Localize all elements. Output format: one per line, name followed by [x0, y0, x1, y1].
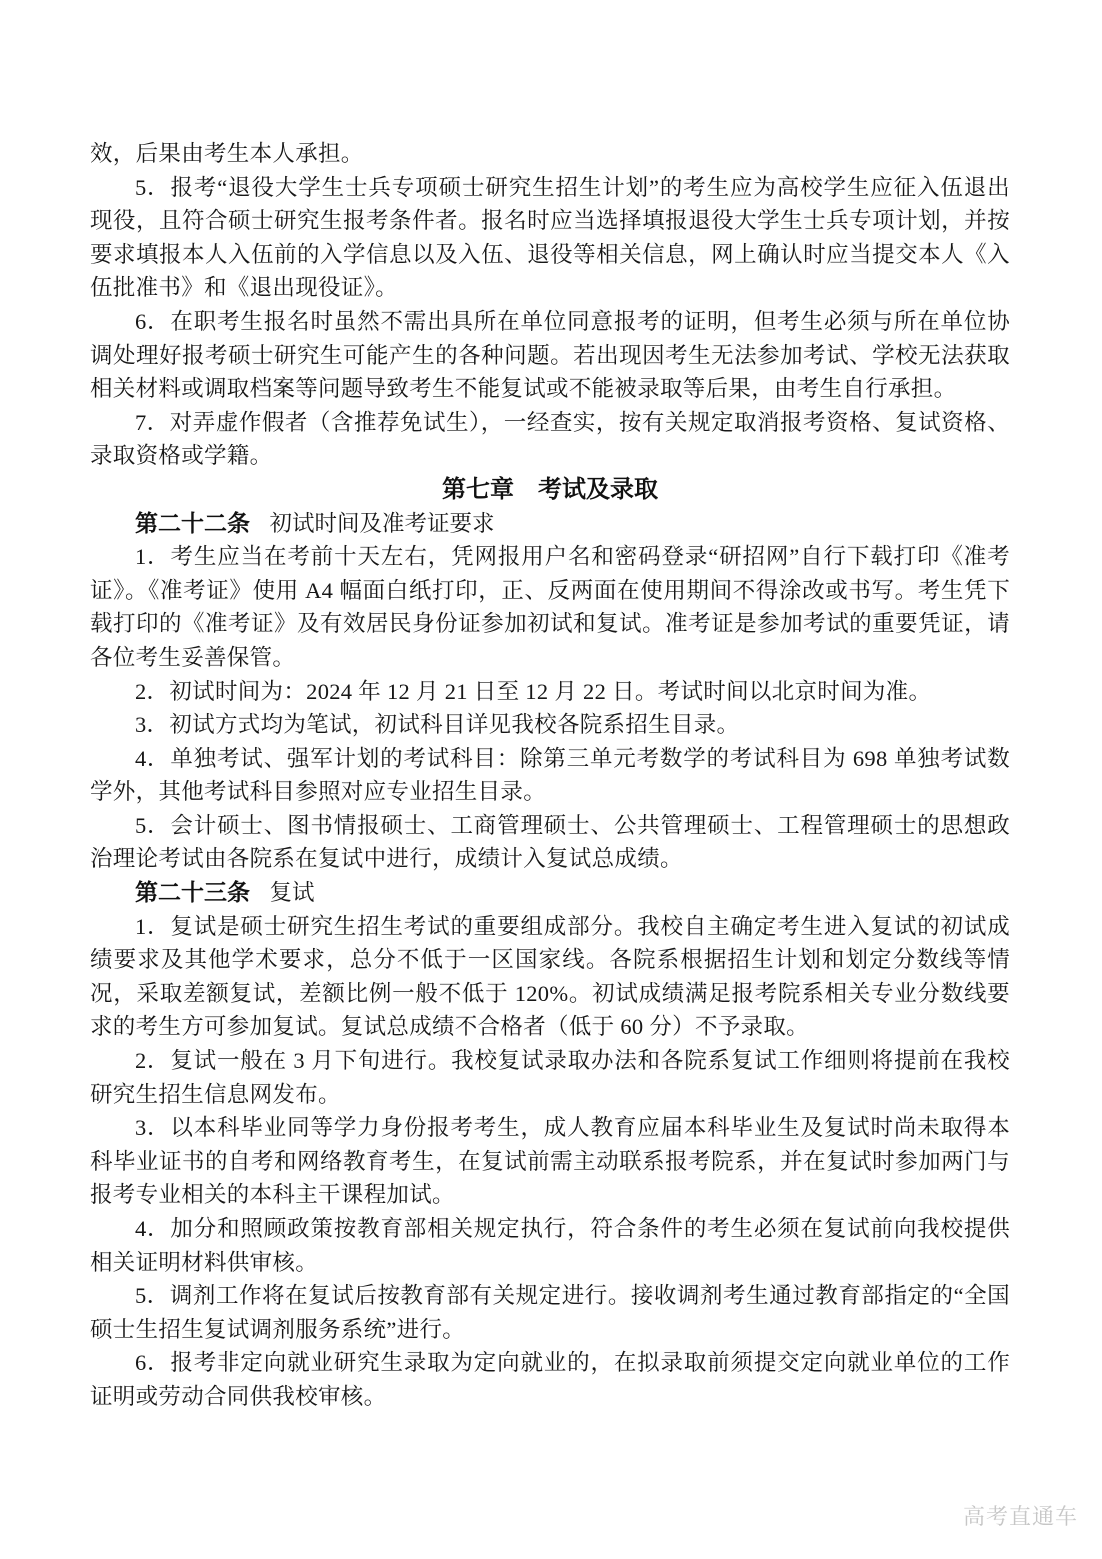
document-body: 效，后果由考生本人承担。 5．报考“退役大学生士兵专项硕士研究生招生计划”的考生…	[90, 137, 1010, 1414]
article-23-title: 复试	[270, 880, 315, 905]
article-23-heading: 第二十三条复试	[90, 876, 1010, 910]
article-23-item-2: 2．复试一般在 3 月下旬进行。我校复试录取办法和各院系复试工作细则将提前在我校…	[90, 1044, 1010, 1111]
article-22-item-2: 2．初试时间为：2024 年 12 月 21 日至 12 月 22 日。考试时间…	[90, 675, 1010, 709]
article-23-item-5: 5．调剂工作将在复试后按教育部有关规定进行。接收调剂考生通过教育部指定的“全国硕…	[90, 1279, 1010, 1346]
article-23-item-4: 4．加分和照顾政策按教育部相关规定执行，符合条件的考生必须在复试前向我校提供相关…	[90, 1212, 1010, 1279]
article-23-number: 第二十三条	[135, 879, 250, 905]
article-22-item-1: 1．考生应当在考前十天左右，凭网报用户名和密码登录“研招网”自行下载打印《准考证…	[90, 540, 1010, 674]
article-22-item-4: 4．单独考试、强军计划的考试科目：除第三单元考数学的考试科目为 698 单独考试…	[90, 742, 1010, 809]
watermark-text: 高考直通车	[963, 1500, 1078, 1531]
article-22-item-3: 3．初试方式均为笔试，初试科目详见我校各院系招生目录。	[90, 708, 1010, 742]
chapter-heading: 第七章 考试及录取	[90, 473, 1010, 507]
article-22-number: 第二十二条	[135, 510, 250, 536]
paragraph-item-5: 5．报考“退役大学生士兵专项硕士研究生招生计划”的考生应为高校学生应征入伍退出现…	[90, 171, 1010, 305]
article-23-item-6: 6．报考非定向就业研究生录取为定向就业的，在拟录取前须提交定向就业单位的工作证明…	[90, 1346, 1010, 1413]
article-23-item-3: 3．以本科毕业同等学力身份报考考生，成人教育应届本科毕业生及复试时尚未取得本科毕…	[90, 1111, 1010, 1212]
paragraph-carryover: 效，后果由考生本人承担。	[90, 137, 1010, 171]
document-page: 效，后果由考生本人承担。 5．报考“退役大学生士兵专项硕士研究生招生计划”的考生…	[0, 0, 1102, 1559]
paragraph-item-7: 7．对弄虚作假者（含推荐免试生），一经查实，按有关规定取消报考资格、复试资格、录…	[90, 406, 1010, 473]
paragraph-item-6: 6．在职考生报名时虽然不需出具所在单位同意报考的证明，但考生必须与所在单位协调处…	[90, 305, 1010, 406]
article-22-title: 初试时间及准考证要求	[270, 511, 495, 536]
article-22-heading: 第二十二条初试时间及准考证要求	[90, 507, 1010, 541]
article-23-item-1: 1．复试是硕士研究生招生考试的重要组成部分。我校自主确定考生进入复试的初试成绩要…	[90, 910, 1010, 1044]
article-22-item-5: 5．会计硕士、图书情报硕士、工商管理硕士、公共管理硕士、工程管理硕士的思想政治理…	[90, 809, 1010, 876]
